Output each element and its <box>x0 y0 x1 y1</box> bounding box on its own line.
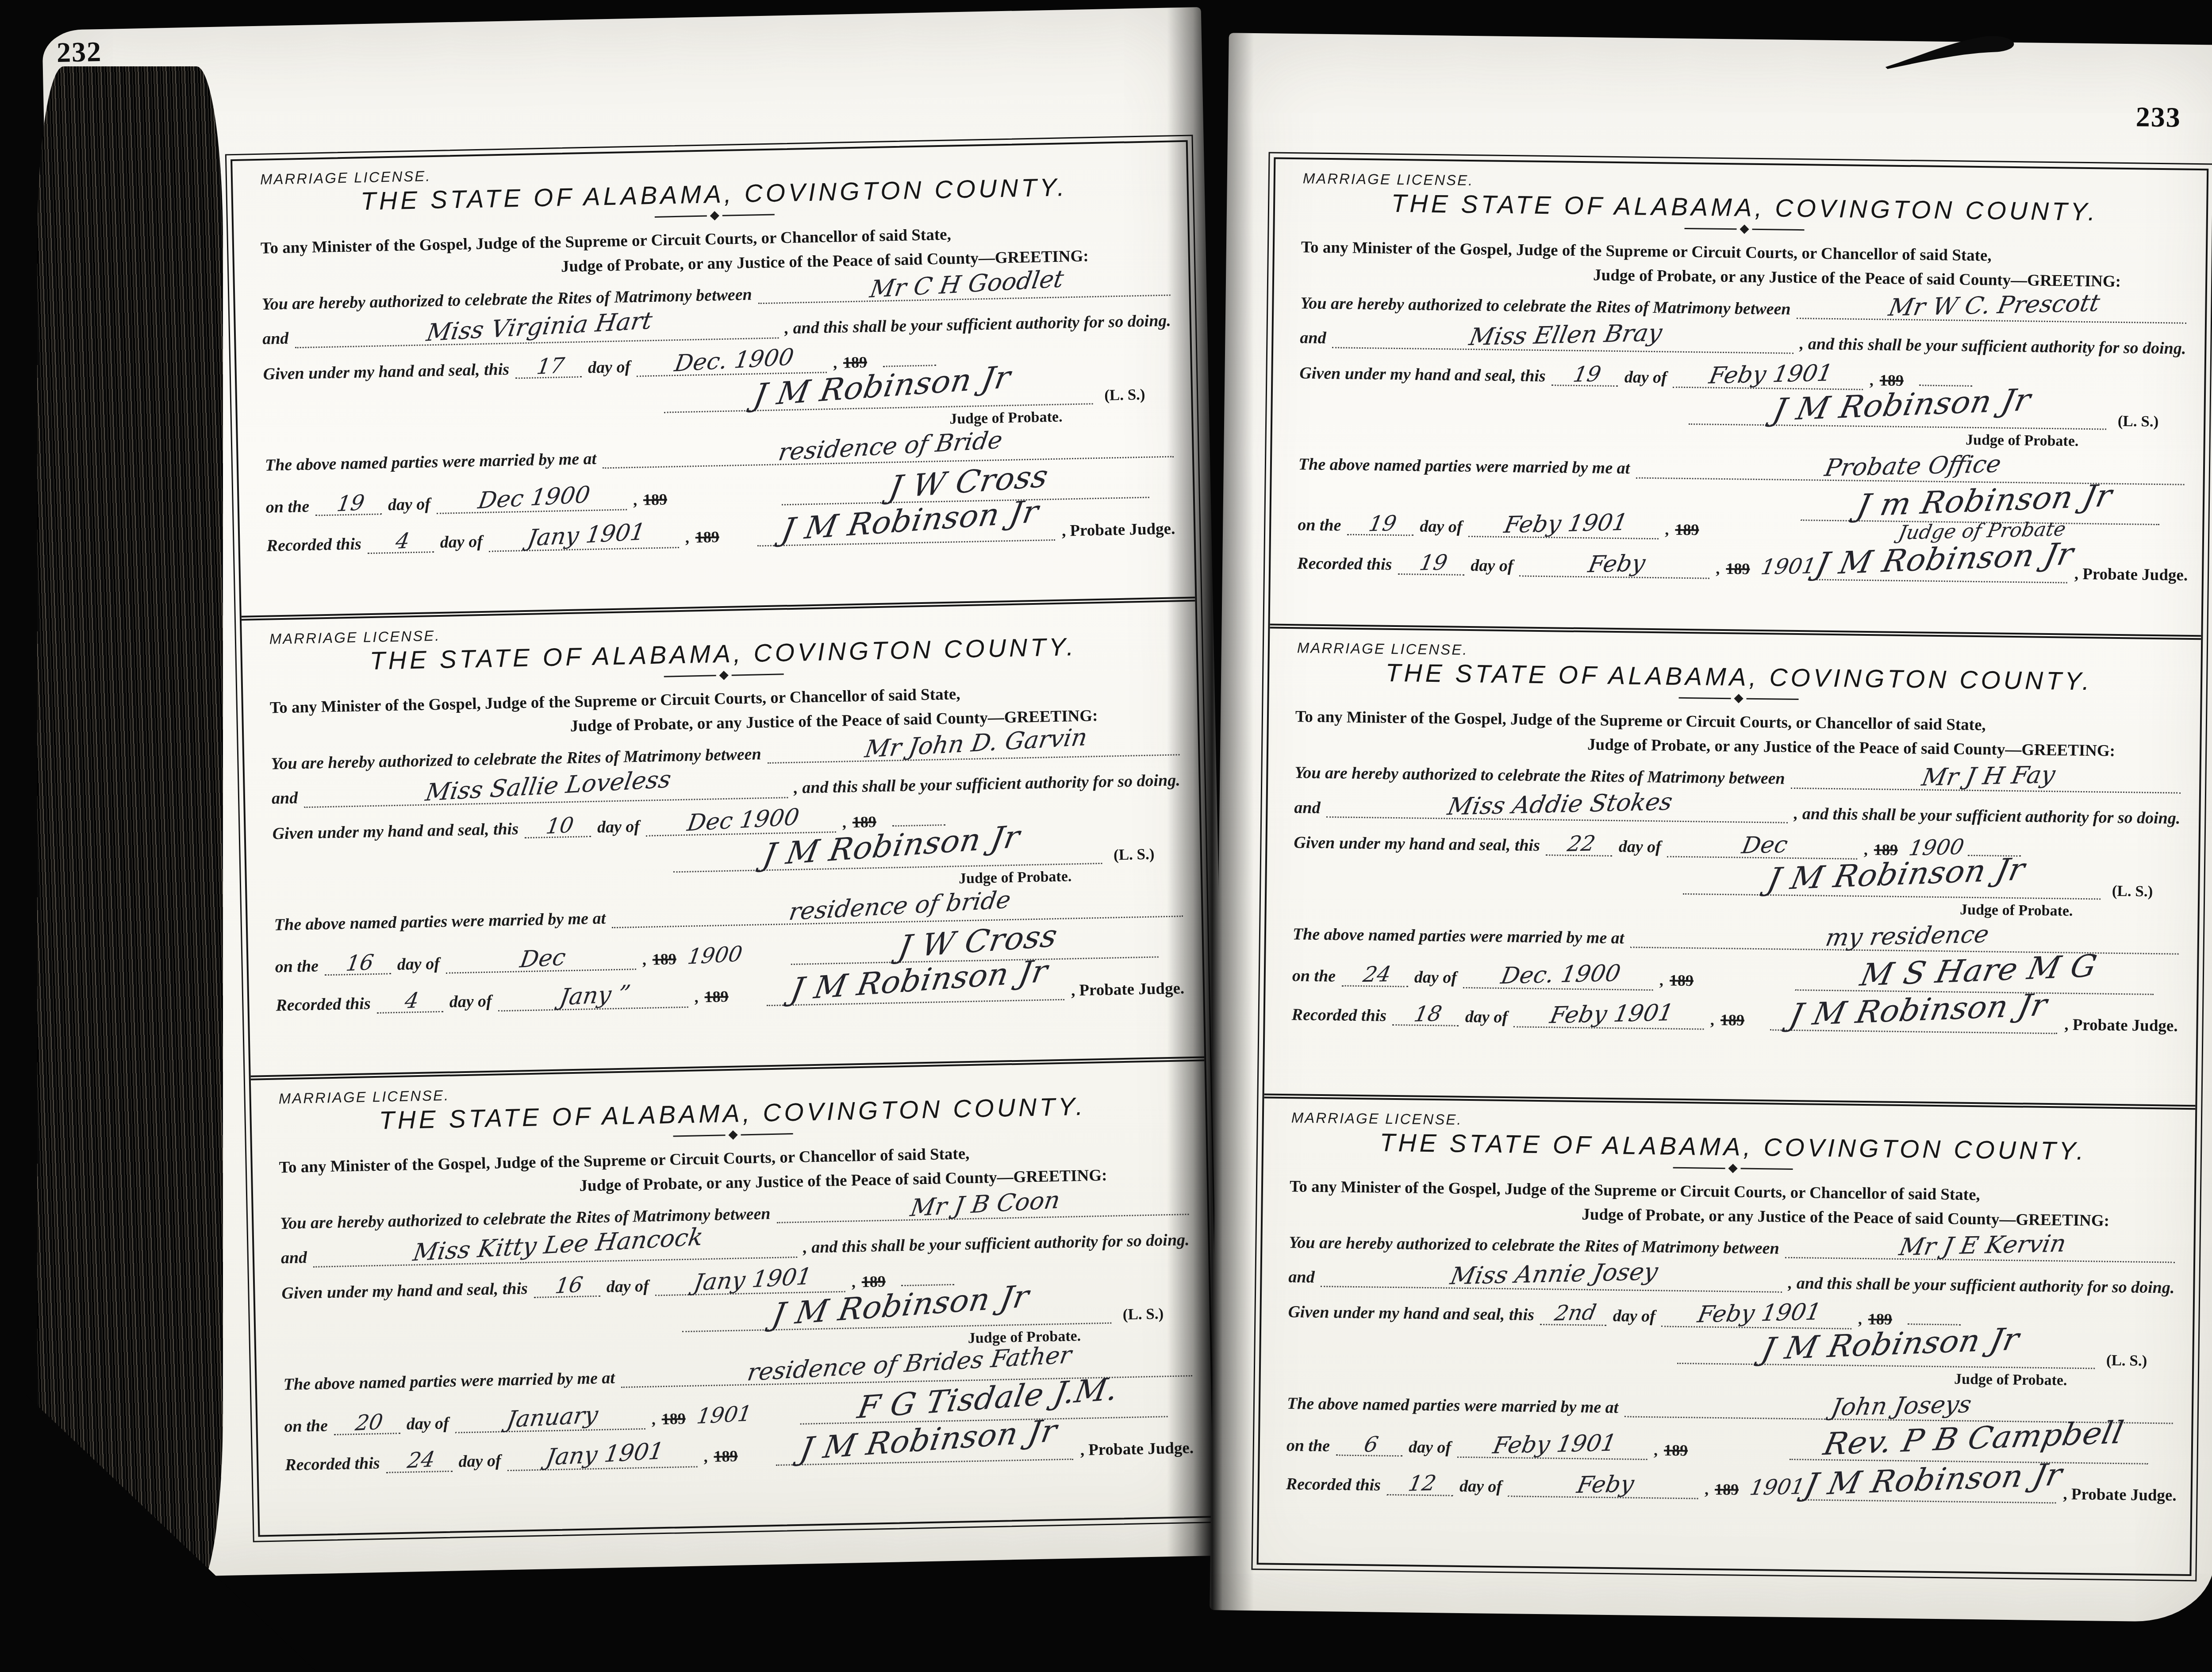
recorded-day: 18 <box>1412 1004 1443 1025</box>
day-of-label: day of <box>588 357 631 377</box>
recorded-year-written: 1901 <box>1748 1477 1807 1498</box>
given-under-hand-text: Given under my hand and seal, this <box>1294 833 1540 855</box>
ornament-rule-left <box>673 1134 725 1137</box>
license-month-year: Feby 1901 <box>1707 362 1834 387</box>
groom-name: Mr J E Kervin <box>1897 1232 2068 1258</box>
recording-signature-rule: J M Robinson Jr <box>775 1429 1073 1466</box>
married-month-line: January <box>455 1407 645 1434</box>
day-of-label: day of <box>406 1414 449 1434</box>
married-day-line: 19 <box>1347 514 1414 536</box>
married-by-me-text: The above named parties were married by … <box>1298 455 1630 478</box>
authorization-row: You are hereby authorized to celebrate t… <box>1300 289 2187 324</box>
marriage-license-record: MARRIAGE LICENSE. THE STATE OF ALABAMA, … <box>1264 624 2201 1105</box>
day-of-label: day of <box>1465 1007 1508 1027</box>
license-day: 22 <box>1566 834 1597 854</box>
sufficient-authority-text: , and this shall be your sufficient auth… <box>803 1230 1190 1257</box>
recording-signature-block: J M Robinson Jr , Probate Judge. <box>766 967 1184 1006</box>
married-place-line: residence of Bride <box>603 433 1174 469</box>
on-the-label: on the <box>265 497 309 517</box>
comma: , <box>694 988 699 1007</box>
comma: , <box>633 491 637 509</box>
comma: , <box>642 950 646 969</box>
license-month-line: Jany 1901 <box>655 1269 845 1296</box>
recorded-month-line: Jany 1901 <box>507 1444 698 1471</box>
recorded-day: 19 <box>1418 553 1449 574</box>
preprinted-year-189: 189 <box>661 1409 686 1428</box>
married-month-year: Dec <box>518 947 567 971</box>
recording-signature-rule: J M Robinson Jr <box>757 510 1055 546</box>
authorization-row: You are hereby authorized to celebrate t… <box>1294 759 2181 794</box>
and-label: and <box>262 329 289 349</box>
probate-signature-line: J M Robinson Jr (L. S.) <box>682 1292 1164 1332</box>
locus-sigilli-label: (L. S.) <box>2118 412 2159 430</box>
bride-name: Miss Addie Stokes <box>1446 790 1674 818</box>
married-day: 19 <box>335 493 366 515</box>
judge-of-probate-label: Judge of Probate. <box>1880 900 2153 921</box>
married-day: 24 <box>1361 965 1392 985</box>
license-day: 16 <box>554 1275 584 1296</box>
groom-name: Mr W C. Prescott <box>1887 292 2102 319</box>
day-of-label: day of <box>449 992 492 1012</box>
recorded-date-fields: Recorded this 4 day of Jany 1901 , 189 <box>266 523 757 557</box>
ornament-diamond <box>1728 1164 1737 1173</box>
married-date-fields: on the 16 day of Dec , 189 1900 <box>275 944 766 977</box>
license-month-line: Feby 1901 <box>1662 1304 1852 1330</box>
groom-name: Mr John D. Garvin <box>863 726 1089 761</box>
comma: , <box>1710 1010 1715 1029</box>
recorded-month: Jany ” <box>558 983 632 1009</box>
sufficient-authority-text: , and this shall be your sufficient auth… <box>1788 1273 2175 1298</box>
preprinted-year-189: 189 <box>861 1272 886 1291</box>
recorded-month-line: Feby <box>1508 1474 1699 1499</box>
married-month-year: Feby 1901 <box>1491 1432 1618 1457</box>
comma: , <box>685 528 689 547</box>
page-number-232: 232 <box>56 35 102 69</box>
probate-judge-signature: J M Robinson Jr <box>1765 855 2028 894</box>
comma: , <box>1858 1310 1863 1328</box>
married-day-line: 6 <box>1336 1434 1403 1457</box>
preprinted-year-189: 189 <box>652 949 676 969</box>
year-dotted-tail <box>892 809 945 826</box>
sufficient-authority-text: , and this shall be your sufficient auth… <box>1800 334 2186 358</box>
bride-row: and Miss Sallie Loveless , and this shal… <box>271 766 1180 809</box>
license-form-box-left: MARRIAGE LICENSE. THE STATE OF ALABAMA, … <box>230 140 1215 1537</box>
license-month-line: Feby 1901 <box>1673 365 1864 390</box>
married-date-fields: on the 6 day of Feby 1901 , 189 <box>1286 1433 1765 1462</box>
married-by-me-text: The above named parties were married by … <box>1293 924 1624 948</box>
probate-seal-block: J M Robinson Jr (L. S.) Judge of Probate… <box>663 373 1146 434</box>
married-by-me-text: The above named parties were married by … <box>274 909 606 935</box>
probate-judge-suffix-label: , Probate Judge. <box>1062 519 1175 540</box>
day-of-label: day of <box>1409 1437 1452 1457</box>
ornament-rule-right <box>1747 698 1799 700</box>
recording-signature-block: J M Robinson Jr , Probate Judge. <box>775 1426 1194 1465</box>
ornament-rule-left <box>1679 697 1731 699</box>
probate-signature-line: J M Robinson Jr (L. S.) <box>672 833 1155 873</box>
ornament-diamond <box>728 1130 737 1140</box>
license-month-line: Dec. 1900 <box>636 350 827 377</box>
recorded-date-fields: Recorded this 4 day of Jany ” , 189 <box>276 983 767 1016</box>
ornament-rule-left <box>1685 228 1737 230</box>
probate-signature-rule: J M Robinson Jr <box>663 374 1093 413</box>
license-day-line: 22 <box>1546 834 1613 856</box>
day-of-label: day of <box>1624 367 1667 387</box>
on-the-label: on the <box>1298 515 1341 535</box>
recording-signature-rule: J M Robinson Jr <box>1813 550 2067 583</box>
groom-name-line: Mr J E Kervin <box>1785 1234 2175 1263</box>
on-the-label: on the <box>1286 1436 1330 1456</box>
recorded-month: Jany 1901 <box>544 1441 665 1469</box>
married-month-line: Dec. 1900 <box>1463 965 1654 991</box>
day-of-label: day of <box>1471 556 1513 576</box>
recorded-day: 4 <box>403 991 420 1011</box>
marriage-license-record: MARRIAGE LICENSE. THE STATE OF ALABAMA, … <box>1270 159 2207 635</box>
authorization-row: You are hereby authorized to celebrate t… <box>280 1191 1189 1234</box>
married-place: residence of Bride <box>777 429 1004 464</box>
comma: , <box>651 1410 656 1428</box>
bride-name: Miss Ellen Bray <box>1467 322 1664 349</box>
preprinted-year-189: 189 <box>1664 1441 1688 1460</box>
recorded-month-line: Feby <box>1519 553 1710 579</box>
probate-seal-block: J M Robinson Jr (L. S.) Judge of Probate… <box>672 833 1155 893</box>
comma: , <box>1870 371 1874 389</box>
groom-name-line: Mr W C. Prescott <box>1797 295 2186 324</box>
sufficient-authority-text: , and this shall be your sufficient auth… <box>1794 804 2181 828</box>
locus-sigilli-label: (L. S.) <box>1122 1305 1164 1324</box>
married-month-line: Feby 1901 <box>1457 1434 1648 1460</box>
ornament-rule-left <box>664 675 716 677</box>
license-month-year: Dec <box>1740 834 1790 857</box>
ornament-rule-right <box>1741 1168 1793 1169</box>
day-of-label: day of <box>388 494 431 515</box>
preprinted-year-189: 189 <box>695 528 719 547</box>
recorded-month-line: Feby 1901 <box>1514 1004 1705 1030</box>
comma: , <box>703 1447 708 1466</box>
recorded-day: 4 <box>394 531 411 552</box>
probate-signature-line: J M Robinson Jr (L. S.) <box>663 373 1145 413</box>
bride-name: Miss Sallie Loveless <box>424 768 673 804</box>
married-day-line: 24 <box>1342 965 1409 987</box>
recorded-this-label: Recorded this <box>1297 553 1392 574</box>
recorded-day-line: 24 <box>386 1450 453 1473</box>
comma: , <box>1654 1441 1658 1459</box>
married-month-line: Dec <box>445 947 636 974</box>
probate-judge-signature: J M Robinson Jr <box>1770 385 2033 425</box>
married-month-year: Dec. 1900 <box>1499 963 1622 987</box>
groom-name: Mr C H Goodlet <box>868 267 1065 300</box>
married-place: Probate Office <box>1823 453 2003 479</box>
preprinted-year-189: 189 <box>1670 971 1694 990</box>
bride-name-line: Miss Addie Stokes <box>1326 794 1788 823</box>
license-day-line: 2nd <box>1540 1303 1607 1326</box>
ornament-diamond <box>1740 224 1749 234</box>
bride-row: and Miss Annie Josey , and this shall be… <box>1288 1263 2175 1298</box>
on-the-label: on the <box>284 1416 328 1436</box>
recording-signature-rule: J M Robinson Jr <box>766 969 1064 1006</box>
recorded-this-label: Recorded this <box>276 994 371 1015</box>
probate-signature-rule: J M Robinson Jr <box>1689 394 2106 430</box>
judge-of-probate-label: Judge of Probate. <box>1886 431 2158 451</box>
married-place-line: residence of bride <box>611 893 1183 928</box>
preprinted-year-189: 189 <box>704 987 729 1006</box>
recorded-month: Jany 1901 <box>526 522 646 550</box>
year-dotted-tail <box>1920 369 1973 386</box>
probate-seal-block: J M Robinson Jr (L. S.) Judge of Probate… <box>682 1292 1164 1353</box>
license-day-line: 10 <box>524 816 591 839</box>
recorded-row: Recorded this 12 day of Feby , 189 1901 … <box>1286 1464 2173 1505</box>
recorded-day-line: 4 <box>376 991 443 1014</box>
given-under-hand-text: Given under my hand and seal, this <box>1299 363 1546 386</box>
recorded-day: 12 <box>1406 1473 1437 1494</box>
recorded-row: Recorded this 19 day of Feby , 189 1901 … <box>1297 543 2184 584</box>
married-month-year: Dec 1900 <box>476 484 591 512</box>
recorded-this-label: Recorded this <box>285 1453 380 1475</box>
authorization-row: You are hereby authorized to celebrate t… <box>271 731 1180 774</box>
recording-signature-block: J M Robinson Jr , Probate Judge. <box>1770 1000 2178 1036</box>
comma: , <box>851 1272 856 1291</box>
authorize-text: You are hereby authorized to celebrate t… <box>261 285 752 314</box>
recorded-month: Feby 1901 <box>1548 1002 1675 1026</box>
recorded-this-label: Recorded this <box>1291 1005 1386 1026</box>
ornament-rule-left <box>654 215 707 218</box>
recording-judge-signature: J M Robinson Jr <box>1802 1460 2065 1499</box>
on-the-label: on the <box>275 956 319 976</box>
groom-name: Mr J H Fay <box>1920 763 2057 789</box>
year-dotted-tail <box>883 350 936 367</box>
officiant-signature: J m Robinson Jr <box>1855 481 2115 520</box>
probate-judge-suffix-label: , Probate Judge. <box>2063 1485 2177 1505</box>
stacked-page-edges-texture <box>37 66 223 1588</box>
probate-signature-line: J M Robinson Jr (L. S.) <box>1689 394 2158 430</box>
married-day: 16 <box>345 953 375 974</box>
married-month-year: January <box>505 1404 599 1431</box>
probate-signature-rule: J M Robinson Jr <box>1677 1334 2095 1369</box>
greeting-line: Judge of Probate, or any Justice of the … <box>1582 1205 2175 1231</box>
probate-judge-suffix-label: , Probate Judge. <box>2064 1015 2178 1036</box>
recording-signature-rule: J M Robinson Jr <box>1770 1000 2058 1034</box>
day-of-label: day of <box>440 532 483 552</box>
married-by-me-text: The above named parties were married by … <box>283 1368 615 1395</box>
ornament-diamond <box>710 211 719 220</box>
recorded-day-line: 4 <box>367 531 434 554</box>
recorded-row: Recorded this 18 day of Feby 1901 , 189 … <box>1291 994 2178 1036</box>
day-of-label: day of <box>606 1276 649 1296</box>
married-day-line: 19 <box>315 493 382 516</box>
license-date-row: Given under my hand and seal, this 2nd d… <box>1288 1299 2174 1333</box>
recorded-date-fields: Recorded this 24 day of Jany 1901 , 189 <box>285 1442 776 1476</box>
and-label: and <box>1300 328 1326 348</box>
authorize-text: You are hereby authorized to celebrate t… <box>271 744 761 773</box>
probate-seal-block: J M Robinson Jr (L. S.) Judge of Probate… <box>1689 394 2159 451</box>
preprinted-year-189: 189 <box>852 812 876 831</box>
given-under-hand-text: Given under my hand and seal, this <box>281 1279 528 1303</box>
married-place: residence of bride <box>787 888 1012 923</box>
greeting-line: Judge of Probate, or any Justice of the … <box>1587 735 2181 761</box>
given-under-hand-text: Given under my hand and seal, this <box>263 359 509 384</box>
preprinted-year-189: 189 <box>843 353 868 372</box>
authorization-row: You are hereby authorized to celebrate t… <box>1289 1228 2175 1263</box>
married-place: my residence <box>1824 923 1990 949</box>
license-form-box-right: MARRIAGE LICENSE. THE STATE OF ALABAMA, … <box>1257 158 2209 1576</box>
license-date-row: Given under my hand and seal, this 19 da… <box>1299 360 2185 394</box>
day-of-label: day of <box>1414 968 1457 988</box>
license-day-line: 16 <box>534 1275 600 1298</box>
bride-name: Miss Annie Josey <box>1448 1260 1659 1288</box>
sufficient-authority-text: , and this shall be your sufficient auth… <box>784 311 1171 338</box>
officiant-signature: M S Hare M G <box>1858 951 2100 990</box>
judge-of-probate-label: Judge of Probate. <box>1874 1370 2147 1390</box>
license-day-line: 17 <box>515 356 582 379</box>
officiant-signature: Rev. P B Campbell <box>1821 1418 2126 1459</box>
ornament-diamond <box>719 671 728 680</box>
probate-signature-rule: J M Robinson Jr <box>1683 864 2101 899</box>
married-date-fields: on the 19 day of Feby 1901 , 189 <box>1298 512 1776 541</box>
marriage-license-record: MARRIAGE LICENSE. THE STATE OF ALABAMA, … <box>242 597 1204 1076</box>
authorize-text: You are hereby authorized to celebrate t… <box>1294 763 1785 789</box>
probate-signature-rule: J M Robinson Jr <box>682 1293 1111 1333</box>
married-date-fields: on the 20 day of January , 189 1901 <box>284 1404 775 1437</box>
comma: , <box>1665 520 1669 538</box>
groom-name: Mr J B Coon <box>909 1188 1061 1219</box>
probate-signature-line: J M Robinson Jr (L. S.) <box>1677 1334 2147 1370</box>
on-the-label: on the <box>1292 966 1336 986</box>
married-date-fields: on the 19 day of Dec 1900 , 189 <box>265 484 757 518</box>
recording-signature-block: J M Robinson Jr , Probate Judge. <box>757 507 1175 546</box>
license-month-year: Feby 1901 <box>1696 1302 1823 1326</box>
comma: , <box>1659 971 1664 990</box>
ornament-rule-right <box>722 214 774 216</box>
recorded-month-line: Jany ” <box>498 984 688 1011</box>
bride-row: and Miss Addie Stokes , and this shall b… <box>1294 793 2181 828</box>
preprinted-year-189: 189 <box>714 1447 738 1466</box>
day-of-label: day of <box>1613 1306 1656 1326</box>
married-date-fields: on the 24 day of Dec. 1900 , 189 <box>1292 963 1771 992</box>
recording-judge-signature: J M Robinson Jr <box>1813 539 2076 579</box>
bride-name: Miss Kitty Lee Hancock <box>411 1226 704 1264</box>
marriage-license-record: MARRIAGE LICENSE. THE STATE OF ALABAMA, … <box>1259 1093 2196 1574</box>
groom-name-line: Mr C H Goodlet <box>758 272 1171 304</box>
license-month-year: Dec 1900 <box>686 806 801 834</box>
bride-name: Miss Virginia Hart <box>425 309 653 344</box>
day-of-label: day of <box>1459 1476 1502 1496</box>
married-by-me-text: The above named parties were married by … <box>1287 1394 1619 1417</box>
license-day: 10 <box>545 815 575 837</box>
married-month-year: Feby 1901 <box>1502 512 1629 536</box>
locus-sigilli-label: (L. S.) <box>2112 882 2153 900</box>
probate-seal-block: J M Robinson Jr (L. S.) Judge of Probate… <box>1683 864 2153 920</box>
recording-judge-signature: J M Robinson Jr <box>1787 990 2050 1030</box>
locus-sigilli-label: (L. S.) <box>2106 1352 2147 1370</box>
recorded-day: 24 <box>406 1450 436 1472</box>
probate-judge-suffix-label: , Probate Judge. <box>2074 564 2188 584</box>
judge-of-probate-label: Judge of Probate. <box>866 407 1146 430</box>
recorded-date-fields: Recorded this 12 day of Feby , 189 1901 <box>1286 1471 1803 1501</box>
day-of-label: day of <box>458 1451 501 1472</box>
bride-row: and Miss Kitty Lee Hancock , and this sh… <box>280 1226 1190 1268</box>
married-day-line: 16 <box>324 953 391 976</box>
day-of-label: day of <box>397 954 440 974</box>
recorded-month-line: Jany 1901 <box>488 525 679 552</box>
comma: , <box>1716 559 1720 578</box>
comma: , <box>1864 840 1868 859</box>
marriage-license-record: MARRIAGE LICENSE. THE STATE OF ALABAMA, … <box>251 1056 1214 1535</box>
license-month-year: Dec. 1900 <box>673 346 795 375</box>
recorded-month: Feby <box>1586 553 1647 576</box>
married-month-line: Dec 1900 <box>436 487 627 514</box>
license-day: 19 <box>1571 364 1602 385</box>
married-year-written: 1900 <box>686 944 744 967</box>
preprinted-year-189: 189 <box>1675 520 1699 539</box>
addressee-line: To any Minister of the Gospel, Judge of … <box>1290 1177 2176 1207</box>
and-label: and <box>1288 1267 1315 1287</box>
groom-name-line: Mr John D. Garvin <box>767 731 1180 764</box>
day-of-label: day of <box>597 816 640 837</box>
probate-signature-rule: J M Robinson Jr <box>672 834 1102 873</box>
license-month-line: Dec 1900 <box>645 810 836 837</box>
and-label: and <box>281 1248 307 1268</box>
recorded-this-label: Recorded this <box>266 534 361 556</box>
addressee-line: To any Minister of the Gospel, Judge of … <box>1295 707 2181 737</box>
married-day-line: 20 <box>334 1413 400 1436</box>
recorded-date-fields: Recorded this 19 day of Feby , 189 1901 <box>1297 550 1814 580</box>
given-under-hand-text: Given under my hand and seal, this <box>1288 1302 1534 1325</box>
preprinted-year-189: 189 <box>643 490 668 509</box>
greeting-line: Judge of Probate, or any Justice of the … <box>1593 265 2187 292</box>
license-day: 2nd <box>1553 1303 1598 1324</box>
recorded-day-line: 12 <box>1387 1474 1454 1496</box>
bride-name-line: Miss Sallie Loveless <box>304 774 788 807</box>
bride-name-line: Miss Virginia Hart <box>295 315 779 348</box>
authorize-text: You are hereby authorized to celebrate t… <box>1289 1233 1779 1258</box>
day-of-label: day of <box>1619 837 1662 857</box>
recording-signature-block: J M Robinson Jr , Probate Judge. <box>1802 1470 2177 1505</box>
comma: , <box>833 353 837 372</box>
preprinted-year-189: 189 <box>1720 1011 1745 1030</box>
recorded-day-line: 19 <box>1398 553 1465 575</box>
ornament-diamond <box>1734 694 1743 703</box>
recorded-this-label: Recorded this <box>1286 1474 1381 1495</box>
license-date-row: Given under my hand and seal, this 22 da… <box>1294 830 2180 864</box>
married-year-written: 1901 <box>695 1404 753 1427</box>
recorded-date-fields: Recorded this 18 day of Feby 1901 , 189 <box>1291 1002 1770 1031</box>
recorded-month: Feby <box>1575 1473 1636 1496</box>
locus-sigilli-label: (L. S.) <box>1104 386 1145 404</box>
comma: , <box>842 813 846 831</box>
and-label: and <box>272 788 298 808</box>
day-of-label: day of <box>1420 516 1463 536</box>
given-under-hand-text: Given under my hand and seal, this <box>272 819 518 843</box>
bride-row: and Miss Ellen Bray , and this shall be … <box>1300 324 2186 359</box>
officiant-block: J m Robinson Jr Judge of Probate <box>1776 490 2185 546</box>
officiant-signature-rule: Rev. P B Campbell <box>1789 1429 2148 1464</box>
marriage-license-record: MARRIAGE LICENSE. THE STATE OF ALABAMA, … <box>232 142 1195 616</box>
married-month-line: Feby 1901 <box>1468 514 1659 540</box>
married-day: 19 <box>1367 514 1398 534</box>
groom-name-line: Mr J B Coon <box>776 1191 1189 1223</box>
authorize-text: You are hereby authorized to celebrate t… <box>1300 293 1791 319</box>
license-month-year: Jany 1901 <box>692 1266 813 1294</box>
preprinted-year-189: 189 <box>1715 1480 1739 1499</box>
ornament-rule-right <box>1752 229 1805 231</box>
comma: , <box>1705 1480 1709 1499</box>
year-dotted-tail <box>1908 1308 1961 1325</box>
book-page-right: 233 MARRIAGE LICENSE. THE STATE OF ALABA… <box>1210 33 2212 1622</box>
book-gutter-shadow <box>1167 0 1254 1672</box>
ornament-rule-right <box>741 1133 793 1135</box>
probate-signature-line: J M Robinson Jr (L. S.) <box>1683 864 2153 900</box>
judge-of-probate-label: Judge of Probate. <box>876 867 1155 889</box>
locus-sigilli-label: (L. S.) <box>1114 846 1155 864</box>
